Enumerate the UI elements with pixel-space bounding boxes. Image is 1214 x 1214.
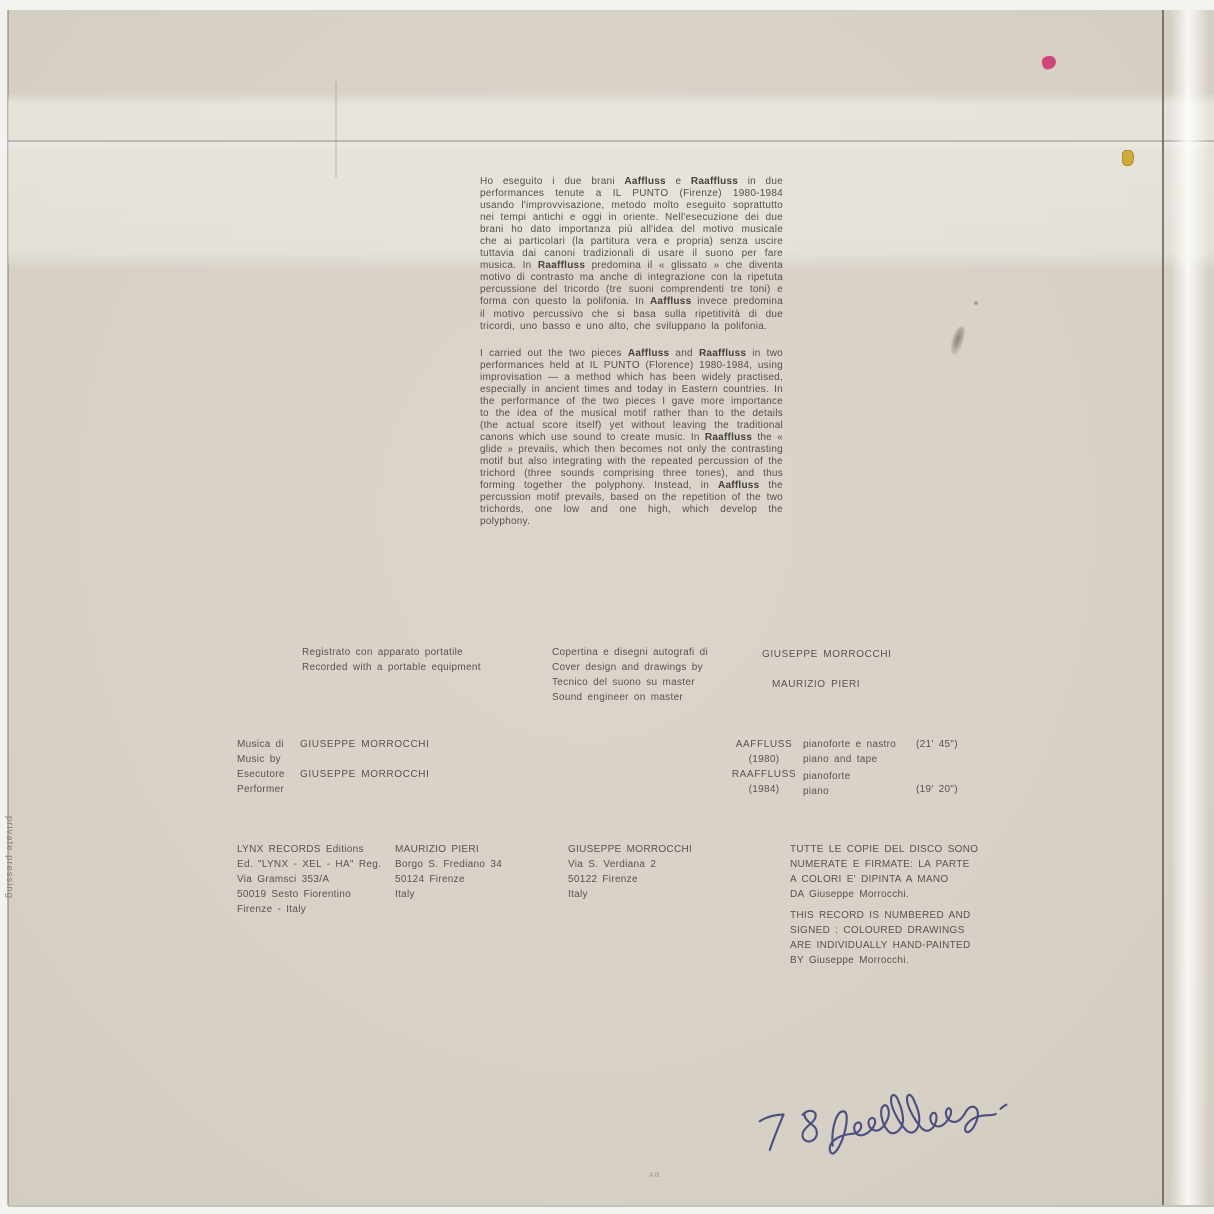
recording-credit: Registrato con apparato portatile Record… [302,645,481,675]
signature-number-7 [760,1114,785,1150]
performer-name: GIUSEPPE MORROCCHI [300,767,429,782]
morrocchi-address-block: GIUSEPPE MORROCCHIVia S. Verdiana 250122… [568,842,692,902]
track-instrumentation-english: piano [803,784,829,799]
sleeve-right-edge-line [1162,10,1164,1205]
liner-notes-english: I carried out the two pieces Aaffluss an… [480,348,783,529]
signature-number-8 [802,1111,817,1142]
music-by-label-english: Music by [237,752,281,767]
scanned-album-back-cover: Ho eseguito i due brani Aaffluss e Raaff… [0,0,1214,1214]
recording-credit-italian: Registrato con apparato portatile [302,645,481,660]
vertical-crease [335,82,337,178]
cover-credit-english: Cover design and drawings by [552,660,708,675]
cover-credit-name: GIUSEPPE MORROCCHI [762,647,891,662]
track-instrumentation-english: piano and tape [803,752,877,767]
music-by-label-italian: Musica di [237,737,284,752]
horizontal-crease [8,140,1214,142]
track-year: (1980) [716,752,812,767]
edition-note-italian: TUTTE LE COPIE DEL DISCO SONONUMERATE E … [790,842,1005,902]
signature-scribble [828,1091,997,1153]
ink-speck [974,301,978,305]
cover-credit-italian: Copertina e disegni autografi di [552,645,708,660]
track-instrumentation-italian: pianoforte [803,769,850,784]
label-address-block: LYNX RECORDS EditionsEd. "LYNX - XEL - H… [237,842,381,917]
track-duration: (19' 20") [916,782,958,797]
music-by-name: GIUSEPPE MORROCCHI [300,737,429,752]
sleeve-bottom-edge-shadow [8,1205,1214,1207]
recording-credit-english: Recorded with a portable equipment [302,660,481,675]
engineer-credit-name: MAURIZIO PIERI [772,677,860,692]
sleeve-right-edge-highlight [1170,10,1210,1205]
track-duration: (21' 45") [916,737,958,752]
engineer-credit-italian: Tecnico del suono su master [552,675,708,690]
pieri-address-block: MAURIZIO PIERIBorgo S. Frediano 3450124 … [395,842,502,902]
spine-label: private pressing [4,816,15,906]
cover-and-engineer-credit: Copertina e disegni autografi di Cover d… [552,645,708,705]
edition-note-english: THIS RECORD IS NUMBERED ANDSIGNED : COLO… [790,908,1005,968]
performer-label-italian: Esecutore [237,767,285,782]
signature-final-stroke [1000,1105,1006,1109]
performer-label-english: Performer [237,782,284,797]
track-title: AAFFLUSS [716,737,812,752]
liner-notes: Ho eseguito i due brani Aaffluss e Raaff… [480,176,783,528]
track-title: RAAFFLUSS [716,767,812,782]
liner-notes-italian: Ho eseguito i due brani Aaffluss e Raaff… [480,176,783,333]
edition-note: TUTTE LE COPIE DEL DISCO SONONUMERATE E … [790,842,1005,968]
signature-handwriting [745,1077,1020,1172]
print-corner-mark: AB [649,1172,660,1179]
track-year: (1984) [716,782,812,797]
track-instrumentation-italian: pianoforte e nastro [803,737,896,752]
yellow-paint-mark [1122,150,1134,166]
engineer-credit-english: Sound engineer on master [552,690,708,705]
